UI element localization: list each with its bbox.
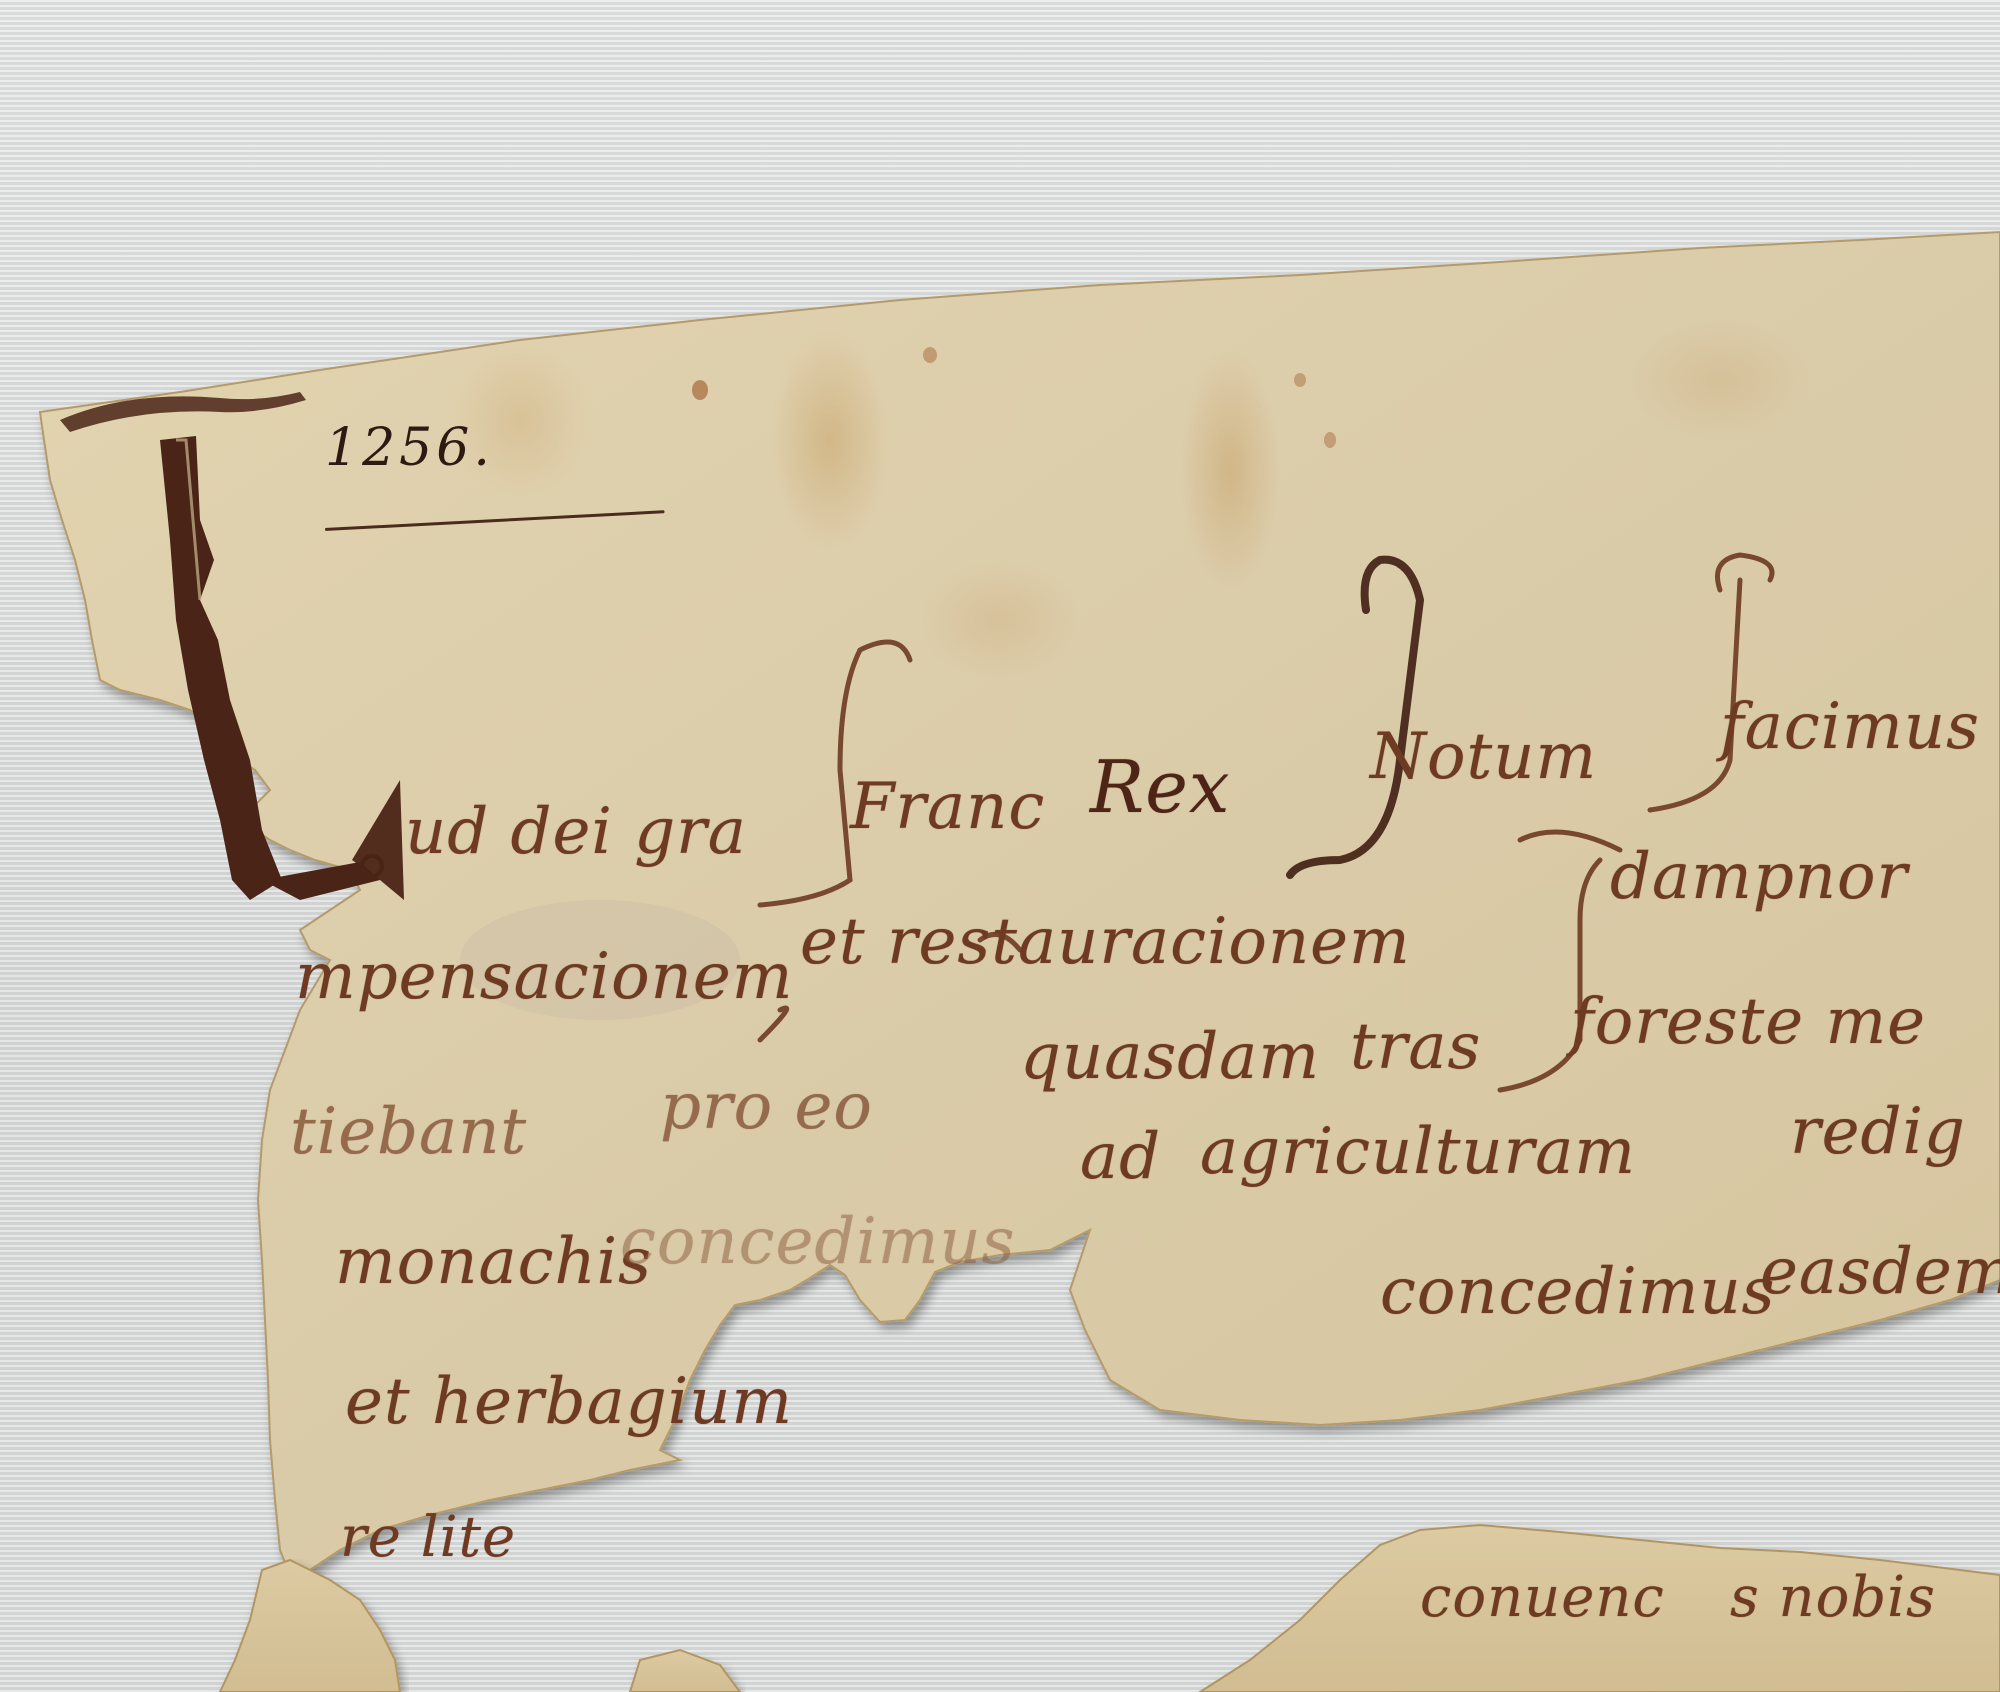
lower-fragment-text-a: conuenc (1420, 1565, 1665, 1630)
line-4-segment-b: agriculturam (1200, 1115, 1636, 1189)
line-3-segment-a: tiebant (290, 1095, 527, 1169)
line-2-segment-c: dampnor (1610, 840, 1908, 914)
line-2-segment-a: mpensacionem (295, 940, 793, 1014)
line-3-segment-c: quasdam (1020, 1020, 1320, 1094)
line-5-segment-c: concedimus (1380, 1255, 1776, 1329)
line-1-segment-e: facimus (1720, 690, 1980, 764)
line-3-segment-b: pro eo (660, 1070, 873, 1144)
line-2-segment-b: et restauracionem (800, 905, 1411, 979)
line-1-segment-d: Notum (1370, 720, 1597, 794)
line-1-segment-a: ud dei gra (405, 795, 747, 869)
lower-fragment-text-b: s nobis (1730, 1565, 1936, 1630)
line-1-segment-c: Rex (1090, 745, 1230, 829)
line-3-segment-e: foreste me (1570, 985, 1926, 1059)
line-3-segment-d: tras (1350, 1010, 1481, 1084)
line-5-segment-b: concedimus (620, 1205, 1016, 1279)
line-4-segment-a: ad (1080, 1120, 1161, 1194)
lower-left-fragment (220, 1560, 400, 1692)
line-5-segment-a: monachis (335, 1225, 652, 1299)
line-7-segment-a: re lite (340, 1505, 516, 1570)
lower-small-fragment (630, 1650, 740, 1692)
line-5-segment-d: easdem (1760, 1235, 2000, 1309)
archival-date-note: 1256. (325, 418, 494, 478)
line-6-segment-a: et herbagium (345, 1365, 793, 1439)
line-1-segment-b: Franc (850, 770, 1045, 844)
line-4-segment-c: redig (1790, 1095, 1966, 1169)
